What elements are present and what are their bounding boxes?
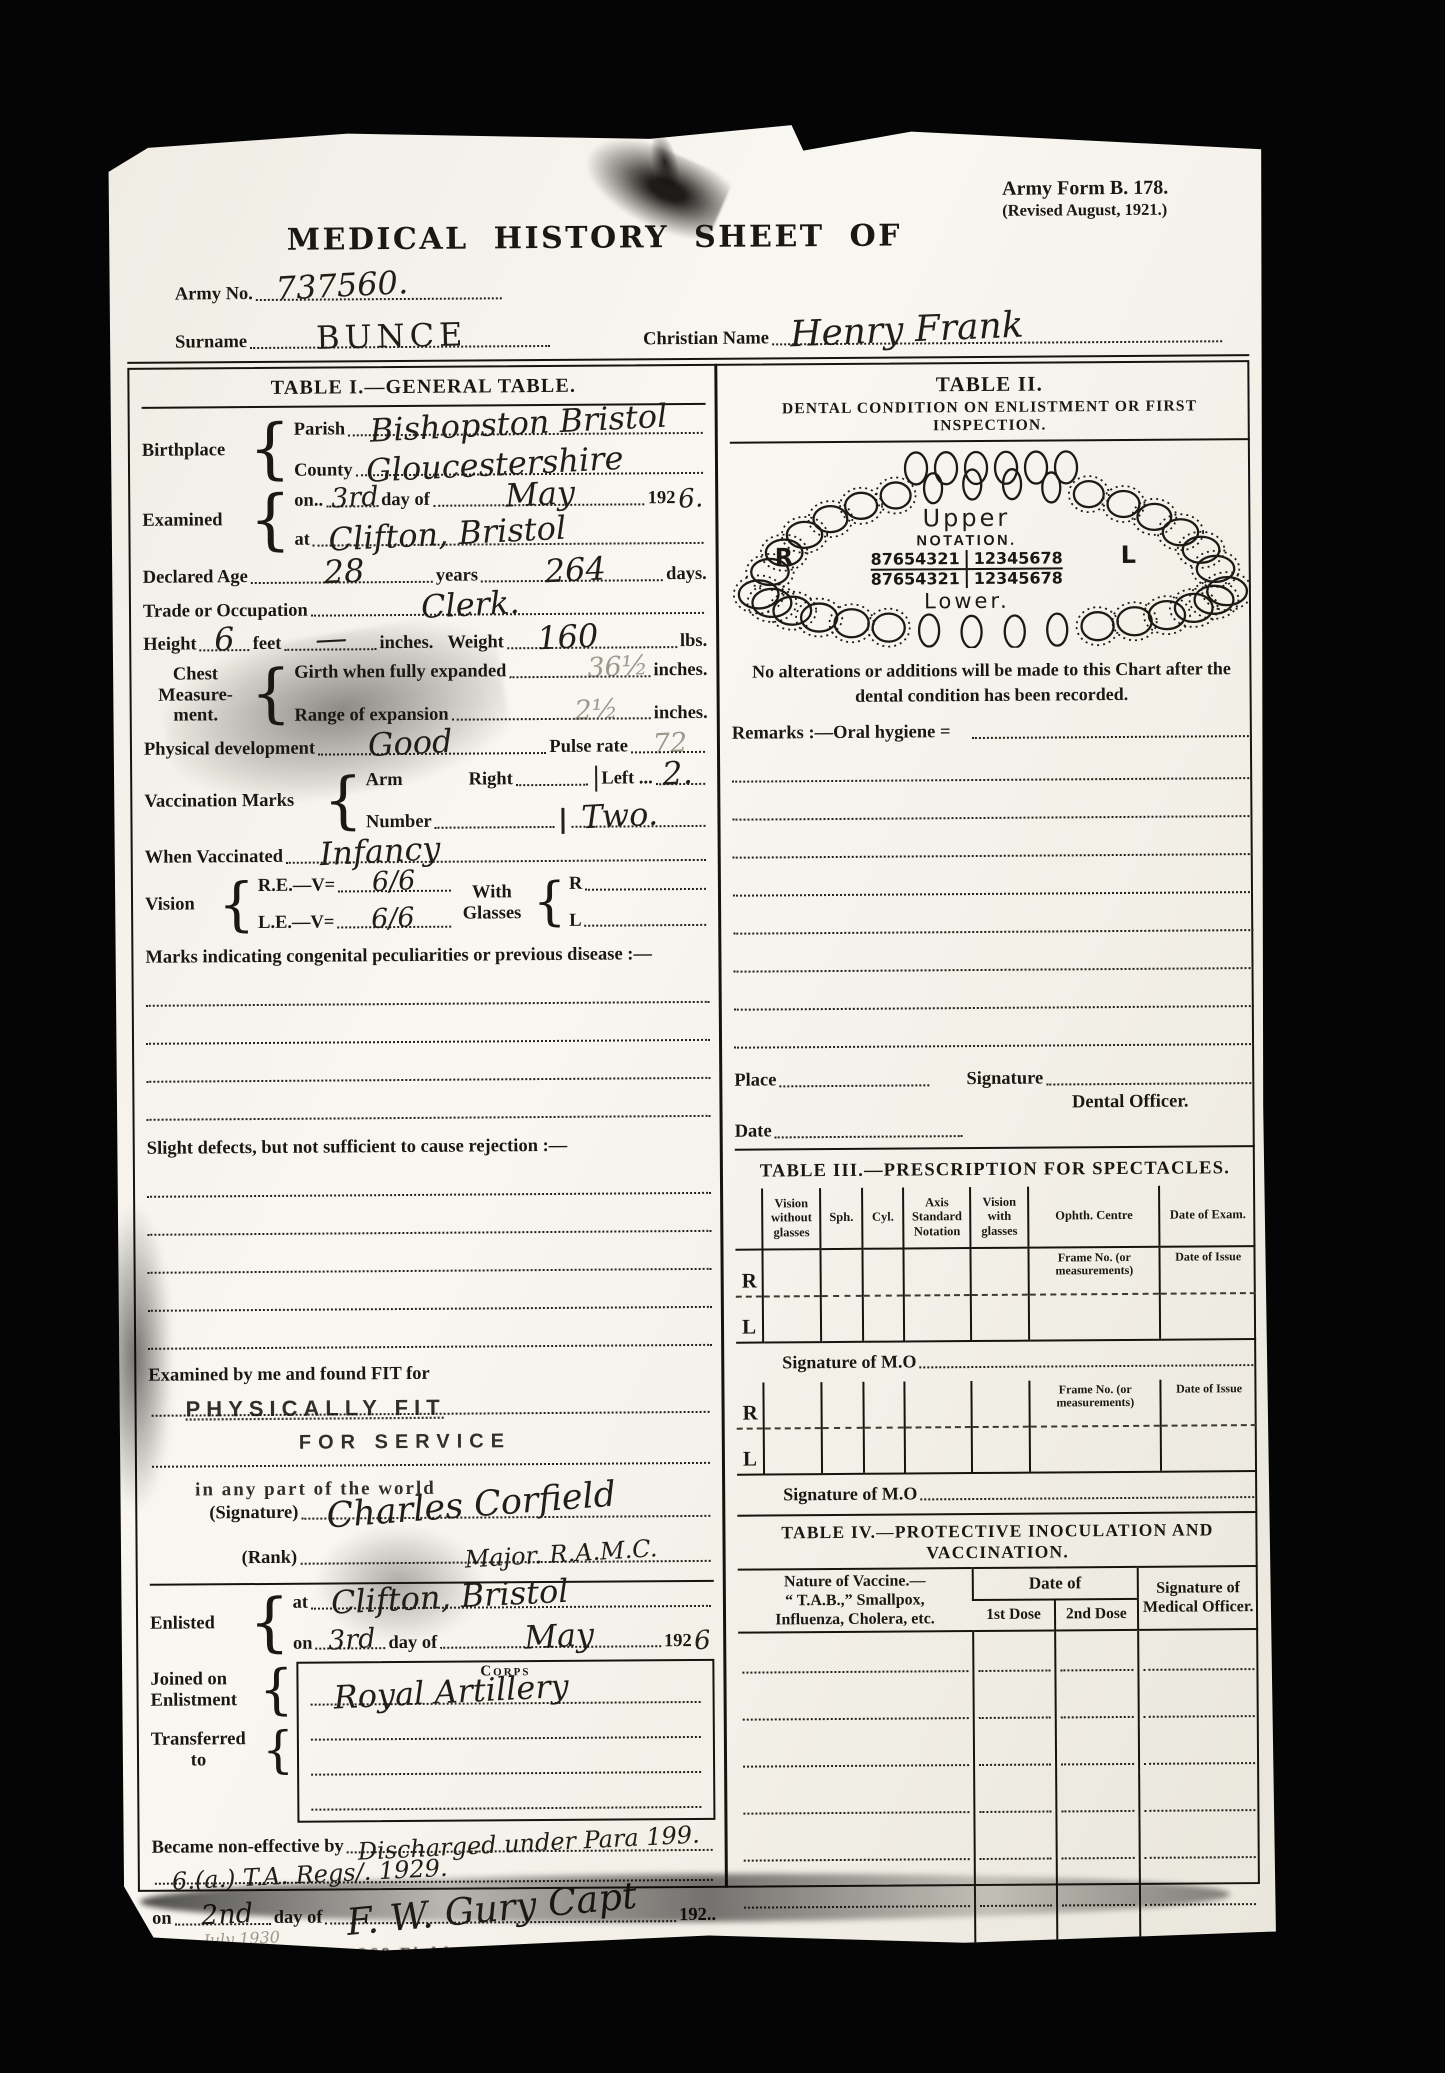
wg-l-line bbox=[585, 918, 707, 927]
empty-cell bbox=[864, 1427, 906, 1473]
enlisted-at-label: at bbox=[293, 1592, 309, 1613]
empty-cell bbox=[821, 1248, 863, 1295]
col-second-dose: 2nd Dose bbox=[1055, 1599, 1138, 1630]
rule bbox=[737, 1511, 1257, 1517]
empty-cell bbox=[905, 1427, 972, 1473]
empty-cell bbox=[904, 1295, 971, 1341]
ink-streak bbox=[645, 130, 685, 195]
corps-section: Joined on Enlistment { Transferred to { … bbox=[150, 1659, 715, 1824]
when-vaccinated-label: When Vaccinated bbox=[145, 847, 283, 869]
transferred-group: Transferred to { bbox=[151, 1729, 297, 1771]
christian-name-label: Christian Name bbox=[643, 328, 769, 350]
dotted-line bbox=[147, 1232, 711, 1274]
le-value: 6/6 bbox=[371, 906, 416, 932]
vision-group: Vision { R.E.—V= 6/6 L.E.—V= 6/6 With bbox=[145, 873, 709, 934]
nature-line-1: Nature of Vaccine.— bbox=[741, 1571, 969, 1592]
examined-label: Examined bbox=[142, 510, 246, 531]
army-no-line: 737560. bbox=[256, 291, 502, 301]
empty-cell bbox=[975, 1914, 1058, 1962]
enlisted-on-label: on bbox=[293, 1633, 313, 1654]
glasses-label: Glasses bbox=[454, 903, 530, 924]
examined-month-line: May bbox=[433, 497, 645, 506]
brace: { bbox=[262, 1730, 294, 1770]
left-value: 2. bbox=[662, 759, 694, 789]
empty-cell bbox=[763, 1249, 822, 1296]
row-label-r: R bbox=[736, 1382, 763, 1428]
transferred-line-1 bbox=[311, 1738, 701, 1776]
spectacles-row-r: R Frame No. (or measurements) Date of Is… bbox=[735, 1246, 1255, 1297]
empty-cell bbox=[1139, 1865, 1260, 1913]
weight-line: 160 bbox=[507, 640, 677, 649]
physically-fit-stamp: PHYSICALLY FIT bbox=[185, 1395, 445, 1423]
empty-cell bbox=[863, 1295, 905, 1341]
spectacles2-row-r: R Frame No. (or measurements) Date of Is… bbox=[736, 1379, 1256, 1429]
vaccination-marks-label: Vaccination Marks bbox=[144, 791, 320, 813]
empty-cell bbox=[739, 1820, 974, 1869]
empty-cell bbox=[975, 1867, 1058, 1915]
empty-cell bbox=[904, 1248, 971, 1295]
empty-cell bbox=[822, 1427, 864, 1473]
empty-cell bbox=[1140, 1912, 1261, 1960]
signature-label: (Signature) bbox=[209, 1503, 298, 1524]
empty-cell bbox=[973, 1631, 1056, 1680]
rank-status-line bbox=[386, 1983, 714, 1993]
height-inches-value: — bbox=[315, 624, 348, 654]
empty-cell bbox=[1056, 1772, 1139, 1820]
empty-cell bbox=[1160, 1293, 1256, 1340]
col-first-dose: 1st Dose bbox=[973, 1600, 1056, 1631]
height-label: Height bbox=[143, 635, 197, 656]
for-service-stamp: FOR SERVICE bbox=[299, 1429, 713, 1455]
col-nature-of-vaccine: Nature of Vaccine.— “ T.A.B.,” Smallpox,… bbox=[738, 1568, 973, 1633]
empty-cell bbox=[973, 1679, 1056, 1727]
range-line: 2½ bbox=[452, 712, 651, 721]
empty-cell bbox=[822, 1381, 864, 1427]
signature2-line: Commdg. 268 Field Batty., R.A. T.A. bbox=[244, 1950, 713, 1961]
brace: { bbox=[218, 881, 255, 928]
sig-line-1: Signature of bbox=[1141, 1578, 1255, 1598]
unit-stamp: Commdg. 268 Field Batty., R.A. T.A. bbox=[258, 1943, 629, 1966]
empty-cell bbox=[1139, 1771, 1260, 1819]
birthplace-label: Birthplace bbox=[142, 440, 246, 461]
signature-mo-label: Signature of M.O bbox=[782, 1351, 916, 1373]
right-line bbox=[516, 778, 588, 787]
empty-cell bbox=[1138, 1677, 1259, 1725]
enlisted-at-row: at Clifton, Bristol bbox=[293, 1590, 714, 1614]
corps-line-2 bbox=[311, 1703, 701, 1741]
trade-value: Clerk. bbox=[420, 588, 520, 622]
christian-name-value: Henry Frank bbox=[789, 310, 1024, 352]
day-of-label: day of bbox=[381, 490, 430, 511]
date-row: Date bbox=[735, 1118, 1255, 1142]
wg-r-label: R bbox=[569, 874, 583, 895]
re-value: 6/6 bbox=[371, 869, 416, 895]
corps-box: Corps Royal Artillery bbox=[296, 1659, 715, 1823]
empty-cell bbox=[971, 1294, 1030, 1340]
when-vaccinated-value: Infancy bbox=[319, 834, 441, 869]
ne-day-of-label: day of bbox=[274, 1908, 323, 1929]
left-label: Left ... bbox=[601, 769, 653, 790]
spectacles-table-block2: R Frame No. (or measurements) Date of Is… bbox=[736, 1379, 1257, 1476]
ne-day-value: 2nd bbox=[201, 1902, 254, 1929]
age-days-value: 264 bbox=[544, 554, 606, 586]
age-days-line: 264 bbox=[481, 573, 663, 582]
dotted-line bbox=[147, 1194, 711, 1236]
rank-row: (Rank) Major. R.A.M.C. bbox=[150, 1545, 714, 1570]
year-prefix: 192 bbox=[648, 489, 676, 510]
page-title: MEDICAL HISTORY SHEET OF bbox=[254, 218, 934, 258]
empty-cell bbox=[971, 1380, 1030, 1426]
trade-line: Clerk. bbox=[311, 606, 704, 617]
vaccination-arm-row: Arm Right Left ... 2. bbox=[366, 765, 709, 791]
signature2-label: (Signature) bbox=[152, 1945, 241, 1966]
empty-cell bbox=[974, 1726, 1057, 1774]
left-line: 2. bbox=[656, 777, 706, 785]
row-label-l: L bbox=[736, 1296, 763, 1342]
joined-group: Joined on Enlistment { bbox=[150, 1668, 296, 1712]
number-line-left bbox=[435, 820, 555, 829]
dental-chart: Upper NOTATION. 87654321 12345678 876543… bbox=[730, 444, 1251, 652]
empty-cell bbox=[1057, 1819, 1140, 1867]
dotted-line bbox=[734, 1007, 1254, 1049]
girth-label: Girth when fully expanded bbox=[294, 661, 506, 683]
parish-line: Bishopston Bristol bbox=[348, 426, 703, 436]
birthplace-group: Birthplace { Parish Bishopston Bristol C… bbox=[142, 415, 706, 482]
signature-mo-line bbox=[920, 1490, 1254, 1500]
signature-mo-row-2: Signature of M.O bbox=[783, 1481, 1257, 1505]
examined-day-line: 3rd bbox=[326, 499, 378, 507]
feet-label: feet bbox=[253, 634, 282, 655]
nature-line-3: Influenza, Cholera, etc. bbox=[741, 1609, 969, 1630]
empty-cell bbox=[974, 1820, 1057, 1868]
examined-day-value: 3rd bbox=[331, 485, 380, 512]
chart-note: No alterations or additions will be made… bbox=[731, 656, 1251, 710]
ne-signature-value: F. W. Gury Capt bbox=[346, 1879, 639, 1940]
col-vision-with: Vision with glasses bbox=[970, 1186, 1029, 1247]
vaccination-marks-group: Vaccination Marks { Arm Right Left ... 2… bbox=[144, 765, 708, 835]
empty-cell bbox=[862, 1248, 904, 1295]
inoculation-row bbox=[739, 1724, 1259, 1775]
weight-label: Weight bbox=[447, 633, 504, 654]
table2-heading: TABLE II. bbox=[729, 370, 1249, 399]
empty-cell bbox=[739, 1773, 974, 1822]
at-label: at bbox=[294, 530, 310, 551]
ne-signature-line: F. W. Gury Capt bbox=[325, 1914, 676, 1924]
dotted-line bbox=[733, 931, 1253, 973]
with-glasses-l-row: L bbox=[569, 909, 709, 931]
inoculation-row bbox=[738, 1629, 1258, 1681]
enlisted-year-prefix: 192 bbox=[664, 1631, 692, 1652]
rank-label: (Rank) bbox=[242, 1548, 298, 1569]
joined-label-1: Joined on bbox=[150, 1670, 236, 1691]
enlisted-at-value: Clifton, Bristol bbox=[330, 1576, 569, 1617]
brace: { bbox=[259, 1668, 294, 1711]
parish-label: Parish bbox=[294, 419, 346, 440]
form-ref-line: Army Form B. 178. bbox=[1002, 176, 1242, 201]
chest-group: Chest Measure- ment. { Girth when fully … bbox=[143, 660, 707, 727]
enlisted-at-line: Clifton, Bristol bbox=[311, 1598, 711, 1609]
col-date-exam: Date of Exam. bbox=[1159, 1185, 1255, 1247]
form-reference: Army Form B. 178. (Revised August, 1921.… bbox=[1002, 176, 1242, 221]
inoculation-row bbox=[740, 1912, 1260, 1963]
when-vaccinated-line: Infancy bbox=[286, 853, 706, 864]
height-inches-line: — bbox=[284, 642, 376, 651]
place-line bbox=[779, 1078, 929, 1087]
declared-age-label: Declared Age bbox=[143, 567, 248, 588]
dotted-lines bbox=[147, 1156, 712, 1350]
years-label: years bbox=[436, 565, 478, 586]
signature-mo-label: Signature of M.O bbox=[783, 1483, 917, 1505]
ne-on-label: on bbox=[152, 1909, 172, 1930]
surname-line: BUNCE bbox=[250, 339, 550, 349]
signature-line: Charles Corfield bbox=[301, 1509, 710, 1520]
pulse-rate-label: Pulse rate bbox=[549, 737, 628, 758]
spectacles-header-row: Vision without glasses Sph. Cyl. Axis St… bbox=[735, 1185, 1255, 1250]
spectacles-table-block1: Vision without glasses Sph. Cyl. Axis St… bbox=[735, 1185, 1256, 1344]
on-label: on.. bbox=[294, 491, 323, 512]
spectacles-row-l: L bbox=[736, 1293, 1256, 1343]
dotted-line bbox=[148, 1308, 712, 1350]
empty-cell bbox=[740, 1914, 975, 1963]
empty-cell bbox=[1057, 1913, 1140, 1961]
dotted-lines bbox=[146, 965, 711, 1121]
enlisted-on-row: on 3rd day of May 1926 bbox=[293, 1630, 714, 1654]
surname-label: Surname bbox=[175, 332, 247, 353]
re-line: 6/6 bbox=[338, 883, 451, 892]
dental-signature-line bbox=[1046, 1076, 1251, 1085]
vision-re-row: R.E.—V= 6/6 bbox=[258, 875, 454, 897]
enlisted-label: Enlisted bbox=[150, 1613, 246, 1634]
inches-label: inches. bbox=[379, 633, 433, 654]
form-revision-line: (Revised August, 1921.) bbox=[1002, 199, 1242, 221]
rank-status-row: (Rank and position or status) bbox=[153, 1974, 717, 1999]
dotted-line bbox=[733, 893, 1253, 935]
examined-group: Examined { on.. 3rd day of May 1926. at bbox=[142, 486, 706, 551]
range-value: 2½ bbox=[574, 698, 619, 724]
remarks-label: Remarks :—Oral hygiene = bbox=[732, 723, 951, 745]
enlisted-month-value: May bbox=[523, 1621, 594, 1653]
fit-stamp-row-2 bbox=[149, 1456, 713, 1472]
examined-month-value: May bbox=[504, 479, 575, 511]
date-of-issue-header: Date of Issue bbox=[1160, 1246, 1256, 1294]
signature-row: (Signature) Charles Corfield bbox=[149, 1500, 713, 1525]
ne-year-label: 192.. bbox=[679, 1905, 716, 1926]
col-sph: Sph. bbox=[820, 1187, 862, 1248]
notation-upper-right: 12345678 bbox=[968, 549, 1063, 568]
brace: { bbox=[250, 669, 291, 720]
inoculation-row bbox=[740, 1865, 1260, 1916]
examined-at-value: Clifton, Bristol bbox=[328, 514, 567, 555]
lower-label: Lower. bbox=[731, 587, 1203, 614]
empty-cell bbox=[1056, 1678, 1139, 1726]
dotted-line bbox=[732, 817, 1252, 859]
empty-cell bbox=[739, 1726, 974, 1775]
spectacles2-row-l: L bbox=[737, 1425, 1257, 1475]
brace: { bbox=[249, 423, 291, 476]
empty-cell bbox=[740, 1867, 975, 1916]
empty-cell bbox=[763, 1382, 822, 1428]
physical-development-line: Good bbox=[318, 746, 546, 756]
ne-day-line: 2nd July 1930 bbox=[175, 1917, 271, 1926]
dotted-line bbox=[732, 741, 1252, 783]
joined-label-2: Enlistment bbox=[151, 1690, 237, 1711]
empty-cell bbox=[972, 1426, 1031, 1472]
table4-heading: TABLE IV.—PROTECTIVE INOCULATION AND VAC… bbox=[737, 1519, 1257, 1565]
empty-cell bbox=[1139, 1818, 1260, 1866]
wg-r-line bbox=[585, 882, 706, 891]
notation-lower-left: 87654321 bbox=[871, 570, 968, 589]
fit-stamp-row-1: PHYSICALLY FIT bbox=[149, 1405, 713, 1421]
number-line-right: Two. bbox=[571, 819, 705, 828]
chest-label-2: Measure- bbox=[144, 685, 248, 706]
chest-label: Chest Measure- ment. bbox=[143, 664, 247, 726]
dotted-line bbox=[147, 1156, 711, 1198]
empty-cell bbox=[1138, 1629, 1259, 1678]
brace: { bbox=[249, 494, 291, 547]
army-no-label: Army No. bbox=[175, 284, 253, 305]
dotted-line bbox=[734, 969, 1254, 1011]
parish-row: Parish Bishopston Bristol bbox=[294, 417, 706, 441]
county-row: County Gloucestershire bbox=[294, 458, 706, 482]
height-feet-value: 6 bbox=[214, 625, 236, 655]
col-cyl: Cyl. bbox=[862, 1187, 904, 1248]
transferred-label-2: to bbox=[151, 1750, 246, 1771]
vision-le-row: L.E.—V= 6/6 bbox=[258, 911, 454, 933]
joined-label: Joined on Enlistment bbox=[150, 1670, 237, 1711]
enlisted-day-of-label: day of bbox=[388, 1632, 437, 1653]
notation-lower-row: 87654321 12345678 bbox=[871, 569, 1063, 588]
divider-bar bbox=[595, 766, 598, 792]
dotted-line bbox=[146, 1003, 710, 1045]
brace: { bbox=[533, 882, 566, 924]
scan-background: Army Form B. 178. (Revised August, 1921.… bbox=[0, 0, 1445, 2073]
pulse-rate-line: 72 bbox=[631, 745, 705, 754]
with-label: With bbox=[454, 882, 530, 903]
inoculation-row bbox=[738, 1677, 1258, 1728]
county-label: County bbox=[294, 460, 353, 481]
age-years-value: 28 bbox=[323, 556, 365, 587]
ne-date-row: on 2nd July 1930 day of F. W. Gury Capt … bbox=[152, 1905, 716, 1930]
empty-cell bbox=[1138, 1724, 1259, 1772]
right-side-label: R bbox=[775, 543, 794, 571]
empty-cell bbox=[764, 1428, 823, 1474]
date-line bbox=[775, 1129, 963, 1138]
lbs-label: lbs. bbox=[680, 631, 707, 652]
divider-bar bbox=[562, 808, 565, 834]
dental-signature-label: Signature bbox=[966, 1069, 1043, 1090]
brace: { bbox=[249, 1598, 290, 1649]
empty-cell bbox=[970, 1247, 1029, 1294]
signature2-row: (Signature) Commdg. 268 Field Batty., R.… bbox=[152, 1942, 716, 1967]
regs-value: 6.(a.) T.A. Regs/. 1929. bbox=[171, 1858, 448, 1894]
enlisted-year-digit: 6 bbox=[694, 1631, 712, 1651]
age-years-line: 28 bbox=[251, 574, 433, 583]
notation-lower-right: 12345678 bbox=[968, 569, 1063, 588]
weight-value: 160 bbox=[537, 622, 599, 654]
date-of-issue-header: Date of Issue bbox=[1161, 1379, 1257, 1426]
fit-line-1: PHYSICALLY FIT bbox=[152, 1405, 710, 1417]
number-value: Two. bbox=[581, 800, 659, 833]
frame-no-header: Frame No. (or measurements) bbox=[1030, 1379, 1161, 1426]
dotted-lines bbox=[732, 741, 1254, 1049]
height-feet-line: 6 bbox=[200, 643, 250, 651]
inoculation-header-row1: Nature of Vaccine.— “ T.A.B.,” Smallpox,… bbox=[738, 1566, 1258, 1603]
empty-cell bbox=[863, 1381, 905, 1427]
nature-line-2: “ T.A.B.,” Smallpox, bbox=[741, 1590, 969, 1611]
col-signature-mo: Signature of Medical Officer. bbox=[1137, 1566, 1258, 1630]
frame-no-header: Frame No. (or measurements) bbox=[1029, 1246, 1160, 1294]
transferred-line-2 bbox=[311, 1773, 701, 1811]
empty-cell bbox=[974, 1773, 1057, 1821]
corps-line-1: Royal Artillery bbox=[310, 1679, 700, 1706]
empty-cell bbox=[1161, 1425, 1257, 1472]
rank-status-label: (Rank and position or status) bbox=[153, 1977, 383, 1999]
col-axis: Axis Standard Notation bbox=[903, 1187, 970, 1248]
table1-column: TABLE I.—GENERAL TABLE. Birthplace { Par… bbox=[141, 374, 716, 1999]
signature-mo-line bbox=[919, 1358, 1253, 1368]
col-ophth-centre: Ophth. Centre bbox=[1028, 1185, 1159, 1247]
girth-units: inches. bbox=[653, 660, 707, 681]
empty-cell bbox=[905, 1381, 972, 1427]
table2-heading-block: TABLE II. DENTAL CONDITION ON ENLISTMENT… bbox=[729, 370, 1249, 444]
dotted-line bbox=[146, 1079, 710, 1121]
examined-at-line: Clifton, Bristol bbox=[313, 536, 704, 547]
enlisted-group: Enlisted { at Clifton, Bristol on 3rd da… bbox=[150, 1590, 714, 1655]
surname-value: BUNCE bbox=[316, 320, 468, 352]
document-page: Army Form B. 178. (Revised August, 1921.… bbox=[104, 120, 1279, 1956]
county-value: Gloucestershire bbox=[365, 443, 624, 485]
re-label: R.E.—V= bbox=[258, 875, 336, 896]
le-line: 6/6 bbox=[337, 920, 451, 929]
parish-value: Bishopston Bristol bbox=[369, 402, 668, 446]
chest-label-3: ment. bbox=[144, 705, 248, 726]
heavy-rule bbox=[735, 1145, 1255, 1154]
notation-upper-left: 87654321 bbox=[871, 550, 968, 569]
non-effective-label: Became non-effective by bbox=[152, 1837, 344, 1859]
examined-on-row: on.. 3rd day of May 1926. bbox=[294, 488, 706, 512]
when-vaccinated-row: When Vaccinated Infancy bbox=[145, 844, 709, 869]
army-no-value: 737560. bbox=[275, 268, 409, 303]
notation-upper-row: 87654321 12345678 bbox=[871, 549, 1063, 570]
inoculation-table: Nature of Vaccine.— “ T.A.B.,” Smallpox,… bbox=[738, 1565, 1261, 1963]
empty-cell bbox=[738, 1679, 973, 1728]
examined-at-row: at Clifton, Bristol bbox=[294, 527, 706, 551]
table3-heading: TABLE III.—PRESCRIPTION FOR SPECTACLES. bbox=[735, 1158, 1255, 1183]
dotted-line bbox=[146, 1041, 710, 1083]
ne-date-note: July 1930 bbox=[203, 1930, 280, 1948]
table2-column: TABLE II. DENTAL CONDITION ON ENLISTMENT… bbox=[729, 370, 1260, 1963]
empty-cell bbox=[1029, 1293, 1160, 1340]
brace: { bbox=[323, 776, 363, 826]
table2-subheading: DENTAL CONDITION ON ENLISTMENT OR FIRST … bbox=[730, 397, 1250, 437]
empty-cell bbox=[1057, 1866, 1140, 1914]
right-label: Right bbox=[469, 770, 513, 791]
enlisted-day-line: 3rd bbox=[315, 1641, 385, 1649]
trade-label: Trade or Occupation bbox=[143, 600, 308, 622]
empty-cell bbox=[1055, 1630, 1138, 1679]
year-digit: 6. bbox=[678, 489, 704, 510]
dental-officer-label: Dental Officer. bbox=[734, 1091, 1254, 1116]
christian-name-line: Henry Frank bbox=[772, 334, 1222, 345]
with-glasses-r-row: R bbox=[569, 873, 709, 895]
col-date-of: Date of bbox=[973, 1566, 1138, 1600]
dotted-line bbox=[146, 965, 710, 1007]
chest-label-1: Chest bbox=[143, 664, 247, 685]
non-effective-line: Discharged under Para 199. bbox=[347, 1843, 713, 1854]
girth-row: Girth when fully expanded 36½ inches. bbox=[294, 660, 707, 684]
inoculation-row bbox=[739, 1818, 1259, 1869]
sig-line-2: Medical Officer. bbox=[1141, 1597, 1255, 1617]
